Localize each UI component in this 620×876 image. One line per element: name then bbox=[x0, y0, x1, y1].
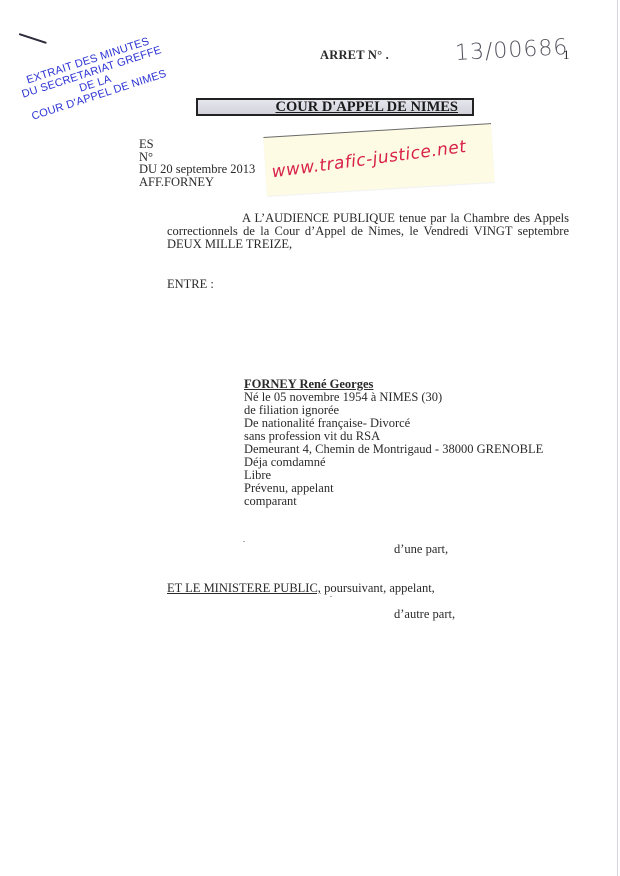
case-info-line: DU 20 septembre 2013 bbox=[139, 163, 255, 176]
page-number: 1 bbox=[563, 47, 570, 63]
page-edge bbox=[617, 0, 618, 876]
scan-speck bbox=[243, 541, 245, 542]
sticky-note: www.trafic-justice.net bbox=[263, 123, 494, 196]
party-detail: comparant bbox=[244, 495, 543, 508]
handwritten-case-number: 13/00686 bbox=[454, 35, 569, 66]
ministere-public-label: ET LE MINISTERE PUBLIC, bbox=[167, 581, 321, 595]
court-title: COUR D'APPEL DE NIMES bbox=[276, 100, 472, 114]
opening-paragraph: A L’AUDIENCE PUBLIQUE tenue par la Chamb… bbox=[167, 212, 569, 251]
autre-part-label: d’autre part, bbox=[394, 607, 455, 622]
case-info-line: ES bbox=[139, 138, 255, 151]
entre-label: ENTRE : bbox=[167, 277, 214, 292]
une-part-label: d’une part, bbox=[394, 542, 448, 557]
case-info-line: AFF.FORNEY bbox=[139, 176, 255, 189]
ministere-line: ET LE MINISTERE PUBLIC, poursuivant, app… bbox=[167, 581, 435, 596]
clerk-stamp: EXTRAIT DES MINUTES DU SECRETARIAT GREFF… bbox=[10, 31, 177, 126]
sticky-note-url: www.trafic-justice.net bbox=[271, 137, 468, 182]
party-block: FORNEY René Georges Né le 05 novembre 19… bbox=[244, 378, 543, 508]
court-title-box: COUR D'APPEL DE NIMES bbox=[196, 98, 474, 116]
pen-mark bbox=[19, 33, 47, 44]
scan-speck bbox=[330, 596, 332, 597]
case-info: ES N° DU 20 septembre 2013 AFF.FORNEY bbox=[139, 138, 255, 188]
party-detail: Déja comdamné bbox=[244, 456, 543, 469]
arret-number-label: ARRET N° . bbox=[320, 48, 389, 63]
ministere-role: poursuivant, appelant, bbox=[321, 581, 435, 595]
